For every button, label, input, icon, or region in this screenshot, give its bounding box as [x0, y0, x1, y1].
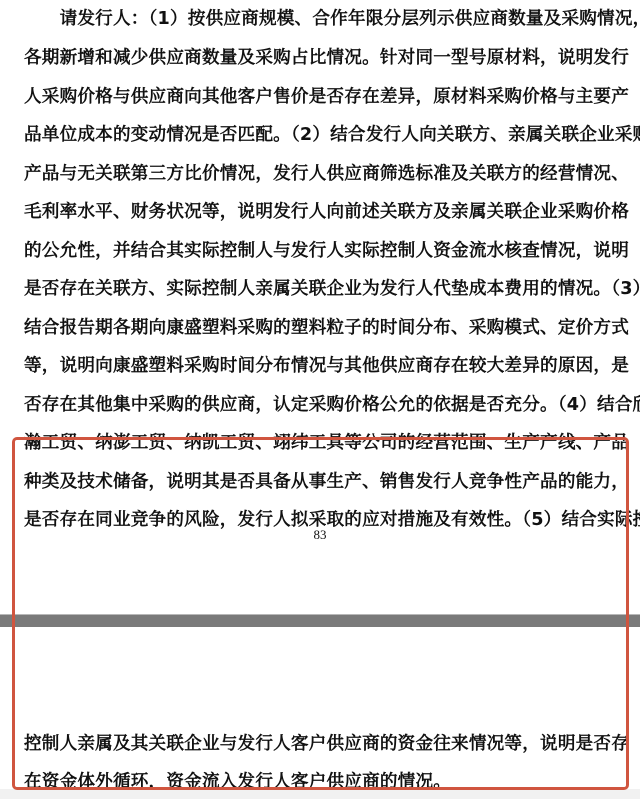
- document-page-upper: 请发行人：（1）按供应商规模、合作年限分层列示供应商数量及采购情况， 各期新增和…: [0, 0, 640, 614]
- viewer-background: [0, 789, 640, 799]
- text-line: 毛利率水平、财务状况等，说明发行人向前述关联方及亲属关联企业采购价格: [24, 202, 616, 222]
- text-line: 否存在其他集中采购的供应商，认定采购价格公允的依据是否充分。（4）结合欣: [24, 395, 616, 415]
- text-line: 请发行人：（1）按供应商规模、合作年限分层列示供应商数量及采购情况，: [24, 9, 616, 29]
- text-line: 等，说明向康盛塑料采购时间分布情况与其他供应商存在较大差异的原因，是: [24, 356, 616, 376]
- text-line: 各期新增和减少供应商数量及采购占比情况。针对同一型号原材料，说明发行: [24, 48, 616, 68]
- text-line: 产品与无关联第三方比价情况，发行人供应商筛选标准及关联方的经营情况、: [24, 164, 616, 184]
- text-line: 品单位成本的变动情况是否匹配。（2）结合发行人向关联方、亲属关联企业采购: [24, 125, 616, 145]
- text-line: 是否存在关联方、实际控制人亲属关联企业为发行人代垫成本费用的情况。（3）: [24, 279, 616, 299]
- text-line: 的公允性，并结合其实际控制人与发行人实际控制人资金流水核查情况，说明: [24, 241, 616, 261]
- text-line: 控制人亲属及其关联企业与发行人客户供应商的资金往来情况等，说明是否存: [24, 734, 616, 754]
- text-line: 结合报告期各期向康盛塑料采购的塑料粒子的时间分布、采购模式、定价方式: [24, 318, 616, 338]
- text-line: 人采购价格与供应商向其他客户售价是否存在差异，原材料采购价格与主要产: [24, 87, 616, 107]
- text-line: 瀚工贸、纳澎工贸、纳凯工贸、翊纬工具等公司的经营范围、生产产线、产品: [24, 433, 616, 453]
- text-line: 种类及技术储备，说明其是否具备从事生产、销售发行人竞争性产品的能力，: [24, 472, 616, 492]
- document-page-lower: 控制人亲属及其关联企业与发行人客户供应商的资金往来情况等，说明是否存 在资金体外…: [0, 627, 640, 799]
- page-separator: [0, 614, 640, 628]
- page-number: 83: [0, 527, 640, 543]
